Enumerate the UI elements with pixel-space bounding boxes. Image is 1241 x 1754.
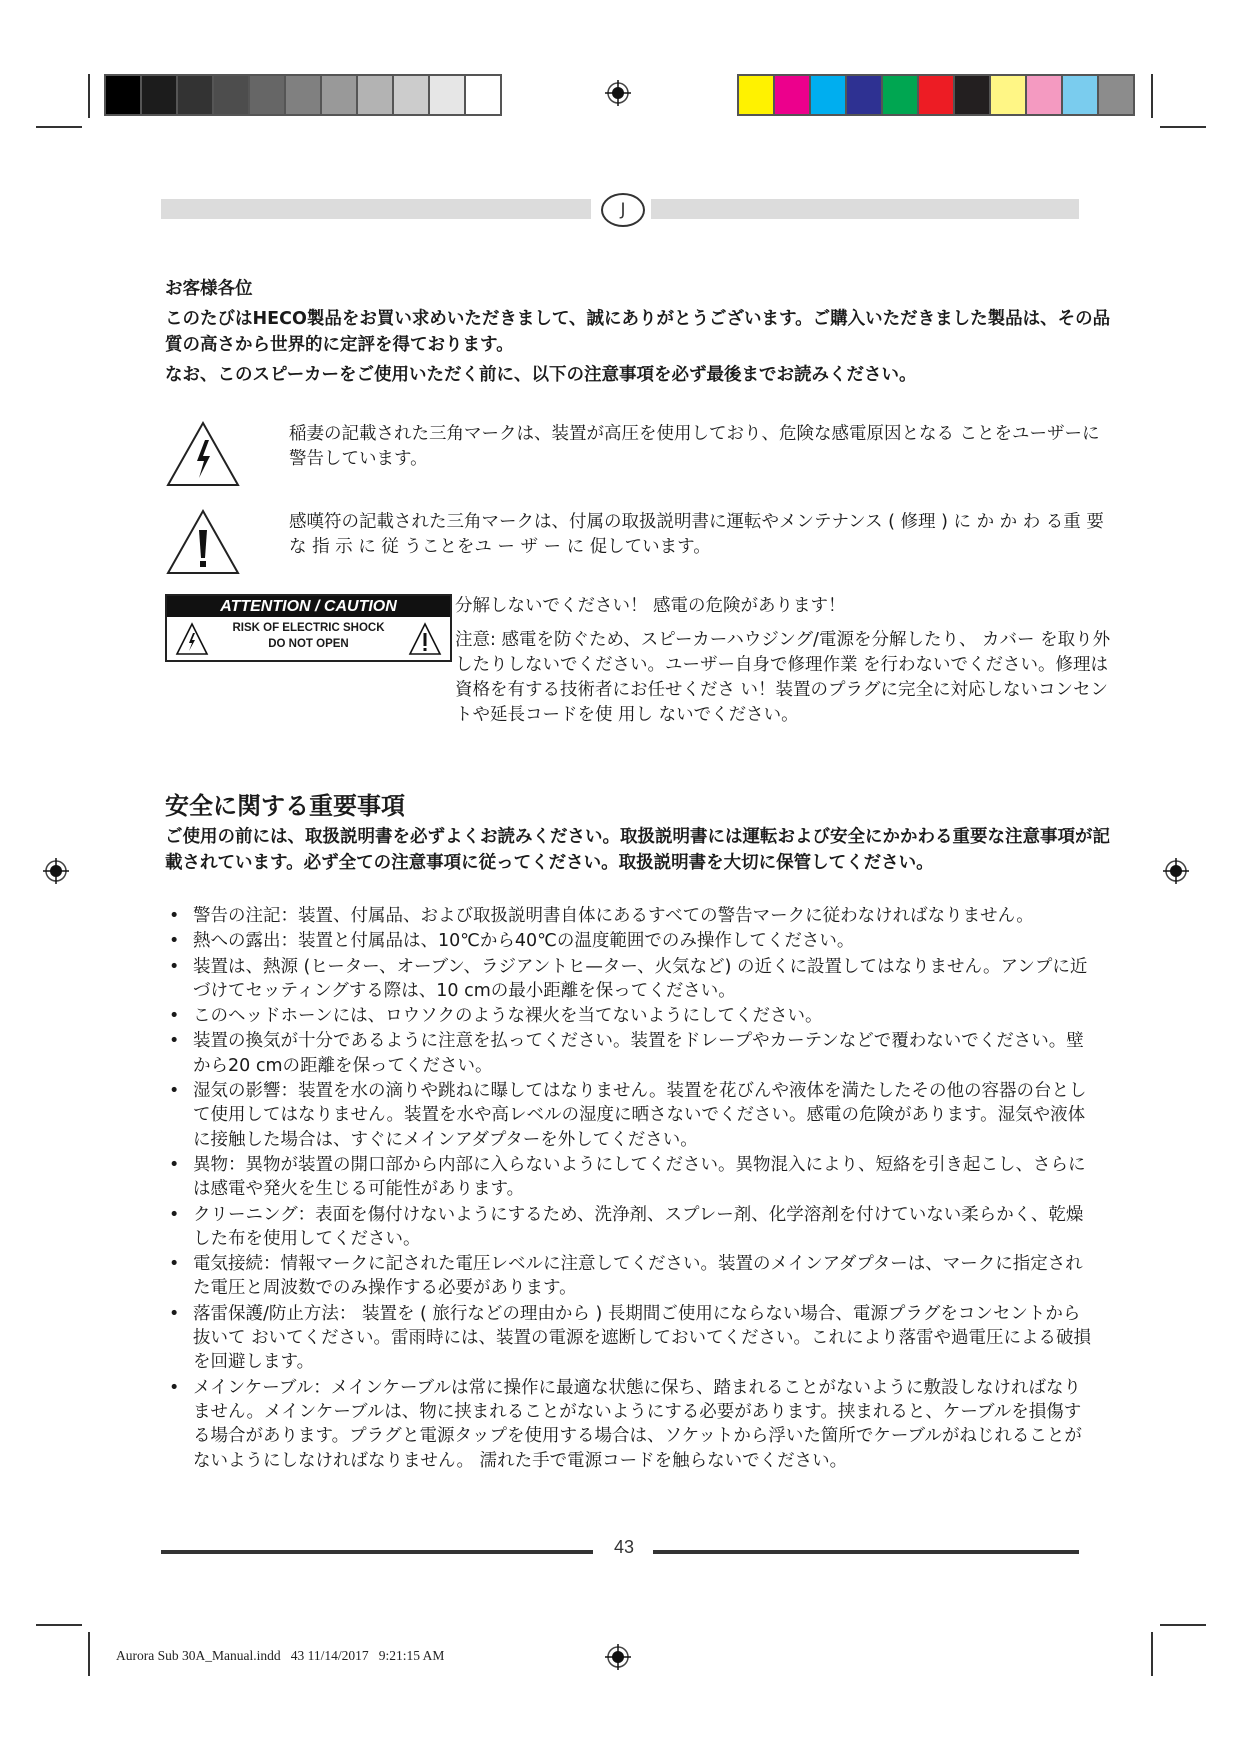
color-bar [737,74,1135,116]
exclamation-warning-text: 感嘆符の記載された三角マークは、付属の取扱説明書に運転やメンテナンス ( 修理 … [289,510,1109,560]
crop-mark-top-left-v [88,74,90,118]
thanks-paragraph: このたびはHECO製品をお買い求めいただきまして、誠にありがとうございます。ご購… [165,306,1115,358]
crop-mark-bottom-left-h [36,1624,82,1626]
crop-mark-top-right-h [1160,126,1206,128]
safety-title: 安全に関する重要事項 [165,786,405,821]
color-swatch [358,76,392,114]
color-swatch [322,76,356,114]
lightning-triangle-icon [175,622,209,656]
color-swatch [739,76,773,114]
color-swatch [811,76,845,114]
color-swatch [991,76,1025,114]
caution-label-title: ATTENTION / CAUTION [167,596,450,617]
color-swatch [955,76,989,114]
safety-item: 異物：異物が装置の開口部から内部に入らないようにしてください。異物混入により、短… [165,1153,1095,1202]
salutation: お客様各位 [165,276,1115,302]
page-number: 43 [604,1537,644,1558]
registration-mark-icon [605,80,631,106]
color-swatch [250,76,284,114]
safety-list: 警告の注記：装置、付属品、および取扱説明書自体にあるすべての警告マークに従わなけ… [165,904,1095,1474]
color-swatch [847,76,881,114]
safety-item: クリーニング：表面を傷付けないようにするため、洗浄剤、スプレー剤、化学溶剤を付け… [165,1203,1095,1252]
color-swatch [1027,76,1061,114]
color-swatch [178,76,212,114]
color-swatch [775,76,809,114]
color-swatch [394,76,428,114]
crop-mark-top-right-v [1151,74,1153,118]
color-swatch [286,76,320,114]
crop-mark-bottom-left-v [88,1632,90,1676]
safety-item: 湿気の影響：装置を水の滴りや跳ねに曝してはなりません。装置を花びんや液体を満たし… [165,1079,1095,1152]
safety-item: 落雷保護/防止方法： 装置を ( 旅行などの理由から ) 長期間ご使用にならない… [165,1302,1095,1375]
header-band-left [161,199,591,219]
safety-lead: ご使用の前には、取扱説明書を必ずよくお読みください。取扱説明書には運転および安全… [165,824,1115,876]
registration-mark-icon [1163,858,1189,884]
color-swatch [106,76,140,114]
registration-mark-icon [43,858,69,884]
color-swatch [466,76,500,114]
safety-item: 電気接続：情報マークに記された電圧レベルに注意してください。装置のメインアダプタ… [165,1252,1095,1301]
color-swatch [430,76,464,114]
exclamation-warning-row: 感嘆符の記載された三角マークは、付属の取扱説明書に運転やメンテナンス ( 修理 … [165,508,1115,580]
grayscale-bar [104,74,502,116]
footer-rule-left [161,1550,593,1554]
color-swatch [919,76,953,114]
safety-item: 警告の注記：装置、付属品、および取扱説明書自体にあるすべての警告マークに従わなけ… [165,904,1095,928]
print-slug: Aurora Sub 30A_Manual.indd 43 11/14/2017… [116,1648,444,1664]
color-swatch [883,76,917,114]
color-swatch [142,76,176,114]
safety-item: このヘッドホーンには、ロウソクのような裸火を当てないようにしてください。 [165,1004,1095,1028]
safety-item: メインケーブル：メインケーブルは常に操作に最適な状態に保ち、踏まれることがないよ… [165,1376,1095,1473]
safety-item: 装置は、熱源 (ヒーター、オーブン、ラジアントヒ—ター、火気など) の近くに設置… [165,955,1095,1004]
crop-mark-bottom-right-h [1160,1624,1206,1626]
lightning-warning-text: 稲妻の記載された三角マークは、装置が高圧を使用しており、危険な感電原因となる こ… [289,422,1109,472]
color-swatch [1099,76,1133,114]
lightning-triangle-icon [165,420,241,488]
lightning-warning-row: 稲妻の記載された三角マークは、装置が高圧を使用しており、危険な感電原因となる こ… [165,420,1115,490]
crop-mark-bottom-right-v [1151,1632,1153,1676]
language-marker: J [601,193,645,227]
color-swatch [214,76,248,114]
safety-item: 装置の換気が十分であるように注意を払ってください。装置をドレープやカーテンなどで… [165,1029,1095,1078]
crop-mark-top-left-h [36,126,82,128]
color-swatch [1063,76,1097,114]
exclamation-triangle-icon [408,622,442,656]
safety-item: 熱への露出：装置と付属品は、10℃から40℃の温度範囲でのみ操作してください。 [165,929,1095,953]
registration-mark-icon [605,1644,631,1670]
caution-label: ATTENTION / CAUTION RISK OF ELECTRIC SHO… [165,594,452,662]
read-notice: なお、このスピーカーをご使用いただく前に、以下の注意事項を必ず最後までお読みくだ… [165,362,1115,388]
exclamation-triangle-icon [165,508,241,576]
caution-row: ATTENTION / CAUTION RISK OF ELECTRIC SHO… [165,592,1115,752]
caution-body: 注意: 感電を防ぐため、スピーカーハウジング/電源を分解したり、 カバー を取り… [455,628,1115,728]
footer-rule-right [653,1550,1079,1554]
caution-heading: 分解しないでください！ 感電の危険があります！ [455,594,1115,619]
header-band-right [651,199,1079,219]
